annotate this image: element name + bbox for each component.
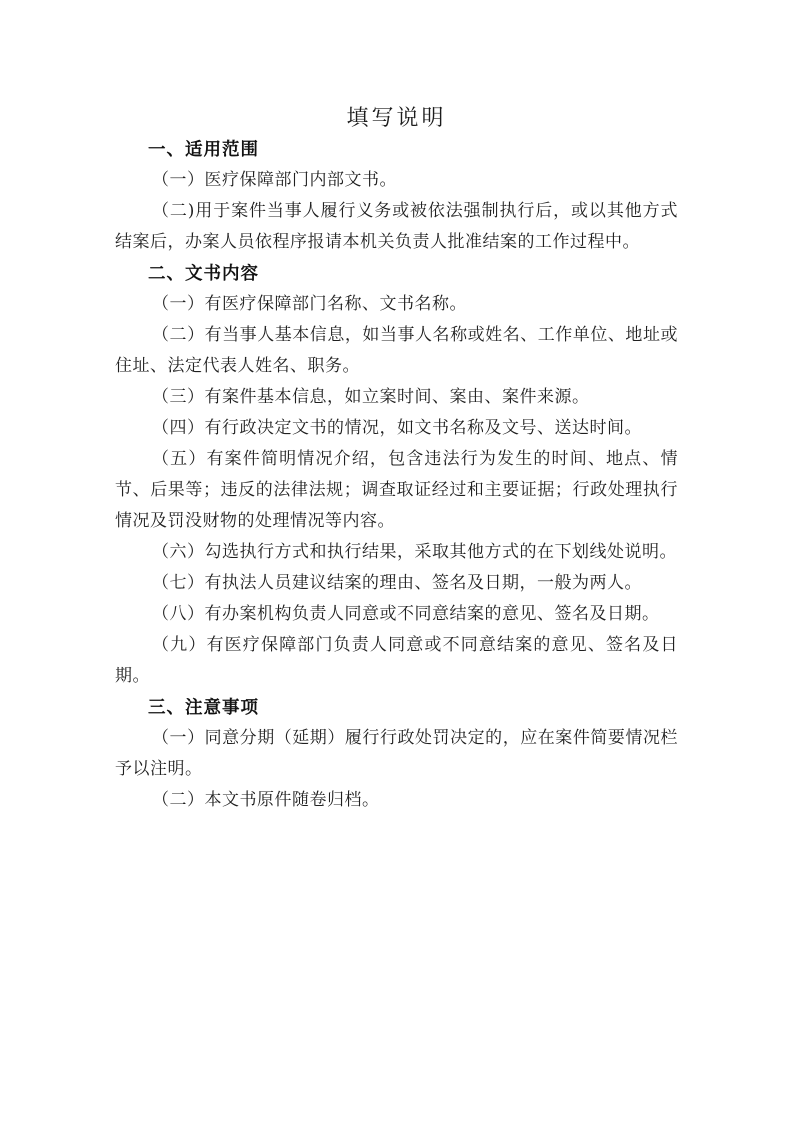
document-page: 填写说明 一、适用范围 （一）医疗保障部门内部文书。 （二)用于案件当事人履行义… [0, 0, 793, 1122]
section-notes: 三、注意事项 （一）同意分期（延期）履行行政处罚决定的，应在案件简要情况栏予以注… [115, 692, 678, 816]
paragraph: （四）有行政决定文书的情况，如文书名称及文号、送达时间。 [115, 413, 678, 444]
paragraph: （二）有当事人基本信息，如当事人名称或姓名、工作单位、地址或住址、法定代表人姓名… [115, 320, 678, 382]
section-heading-notes: 三、注意事项 [115, 692, 678, 723]
paragraph: （一）同意分期（延期）履行行政处罚决定的，应在案件简要情况栏予以注明。 [115, 723, 678, 785]
section-scope: 一、适用范围 （一）医疗保障部门内部文书。 （二)用于案件当事人履行义务或被依法… [115, 134, 678, 258]
paragraph: （二)用于案件当事人履行义务或被依法强制执行后，或以其他方式结案后，办案人员依程… [115, 196, 678, 258]
paragraph: （三）有案件基本信息，如立案时间、案由、案件来源。 [115, 382, 678, 413]
paragraph: （八）有办案机构负责人同意或不同意结案的意见、签名及日期。 [115, 599, 678, 630]
section-content: 二、文书内容 （一）有医疗保障部门名称、文书名称。 （二）有当事人基本信息，如当… [115, 258, 678, 692]
section-heading-scope: 一、适用范围 [115, 134, 678, 165]
paragraph: （一）有医疗保障部门名称、文书名称。 [115, 289, 678, 320]
section-heading-content: 二、文书内容 [115, 258, 678, 289]
paragraph: （二）本文书原件随卷归档。 [115, 785, 678, 816]
document-body: 一、适用范围 （一）医疗保障部门内部文书。 （二)用于案件当事人履行义务或被依法… [115, 134, 678, 816]
paragraph: （九）有医疗保障部门负责人同意或不同意结案的意见、签名及日期。 [115, 630, 678, 692]
page-title: 填写说明 [0, 103, 793, 134]
paragraph: （五）有案件简明情况介绍，包含违法行为发生的时间、地点、情节、后果等；违反的法律… [115, 444, 678, 537]
paragraph: （六）勾选执行方式和执行结果，采取其他方式的在下划线处说明。 [115, 537, 678, 568]
paragraph: （一）医疗保障部门内部文书。 [115, 165, 678, 196]
paragraph: （七）有执法人员建议结案的理由、签名及日期，一般为两人。 [115, 568, 678, 599]
